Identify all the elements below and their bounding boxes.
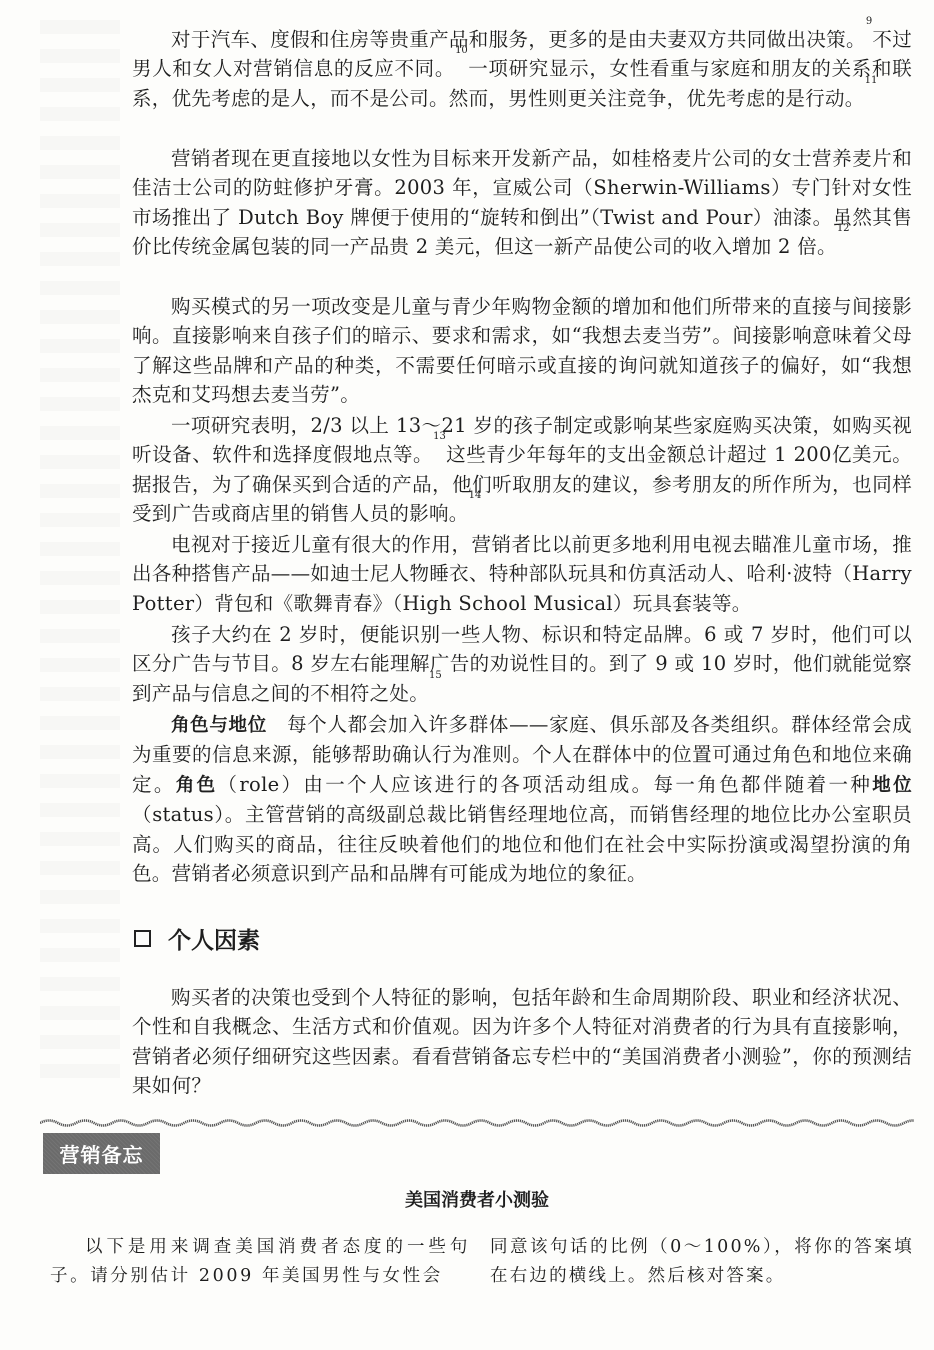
paragraph-text: 孩子大约在 2 岁时，便能识别一些人物、标识和特定品牌。6 或 7 岁时，他们可… — [132, 623, 912, 705]
section-heading: 个人因素 — [134, 922, 260, 954]
footnote-ref: 14 — [469, 490, 482, 501]
book-page: 对于汽车、度假和住房等贵重产品和服务，更多的是由夫妻双方共同做出决策。9不过男人… — [0, 0, 934, 1350]
section-title: 个人因素 — [168, 922, 260, 955]
quiz-title: 美国消费者小测验 — [0, 1186, 934, 1212]
paragraph-text: 营销者现在更直接地以女性为目标来开发新产品，如桂格麦片公司的女士营养麦片和佳洁士… — [132, 147, 912, 258]
bleed-through-margin — [40, 20, 120, 1080]
paragraph-text: （role）由一个人应该进行的各项活动组成。每一角色都伴随着一种 — [218, 773, 873, 796]
footnote-ref: 15 — [429, 670, 442, 681]
marketing-memo-badge: 营销备忘 — [43, 1133, 160, 1174]
paragraph-roles-status: 角色与地位 每个人都会加入许多群体——家庭、俱乐部及各类组织。群体经常会成为重要… — [132, 710, 912, 888]
quiz-intro-right-column: 同意该句话的比例（0～100%），将你的答案填在右边的横线上。然后核对答案。 — [490, 1233, 914, 1291]
key-term: 地位 — [872, 775, 912, 796]
footnote-ref: 10 — [455, 45, 468, 56]
paragraph-4: 一项研究表明，2/3 以上 13～21 岁的孩子制定或影响某些家庭购买决策，如购… — [132, 411, 912, 529]
section-paragraph: 购买者的决策也受到个人特征的影响，包括年龄和生命周期阶段、职业和经济状况、个性和… — [132, 983, 912, 1101]
paragraph-text: （status）。主管营销的高级副总裁比销售经理地位高，而销售经理的地位比办公室… — [132, 803, 912, 885]
footnote-ref: 12 — [837, 223, 850, 234]
paragraph-text: 电视对于接近儿童有很大的作用，营销者比以前更多地利用电视去瞄准儿童市场，推出各种… — [132, 533, 912, 615]
badge-label: 营销备忘 — [60, 1139, 144, 1168]
paragraph-3: 购买模式的另一项改变是儿童与青少年购物金额的增加和他们所带来的直接与间接影响。直… — [132, 292, 912, 410]
wavy-divider — [40, 1116, 914, 1130]
paragraph-2: 营销者现在更直接地以女性为目标来开发新产品，如桂格麦片公司的女士营养麦片和佳洁士… — [132, 144, 912, 262]
paragraph-text: 对于汽车、度假和住房等贵重产品和服务，更多的是由夫妻双方共同做出决策。 — [171, 28, 866, 51]
quiz-intro-text: 同意该句话的比例（0～100%），将你的答案填在右边的横线上。然后核对答案。 — [490, 1233, 914, 1291]
footnote-ref: 13 — [433, 431, 446, 442]
key-term: 角色 — [176, 775, 218, 796]
footnote-ref: 11 — [865, 75, 878, 86]
quiz-intro-text: 以下是用来调查美国消费者态度的一些句子。请分别估计 2009 年美国男性与女性会 — [50, 1233, 470, 1291]
paragraph-5: 电视对于接近儿童有很大的作用，营销者比以前更多地利用电视去瞄准儿童市场，推出各种… — [132, 530, 912, 618]
paragraph-1: 对于汽车、度假和住房等贵重产品和服务，更多的是由夫妻双方共同做出决策。9不过男人… — [132, 25, 912, 113]
square-icon — [134, 930, 151, 947]
term-heading: 角色与地位 — [171, 715, 267, 736]
paragraph-text: 购买模式的另一项改变是儿童与青少年购物金额的增加和他们所带来的直接与间接影响。直… — [132, 295, 912, 406]
footnote-ref: 9 — [866, 16, 872, 27]
quiz-intro-left-column: 以下是用来调查美国消费者态度的一些句子。请分别估计 2009 年美国男性与女性会 — [50, 1233, 470, 1291]
paragraph-6: 孩子大约在 2 岁时，便能识别一些人物、标识和特定品牌。6 或 7 岁时，他们可… — [132, 620, 912, 708]
